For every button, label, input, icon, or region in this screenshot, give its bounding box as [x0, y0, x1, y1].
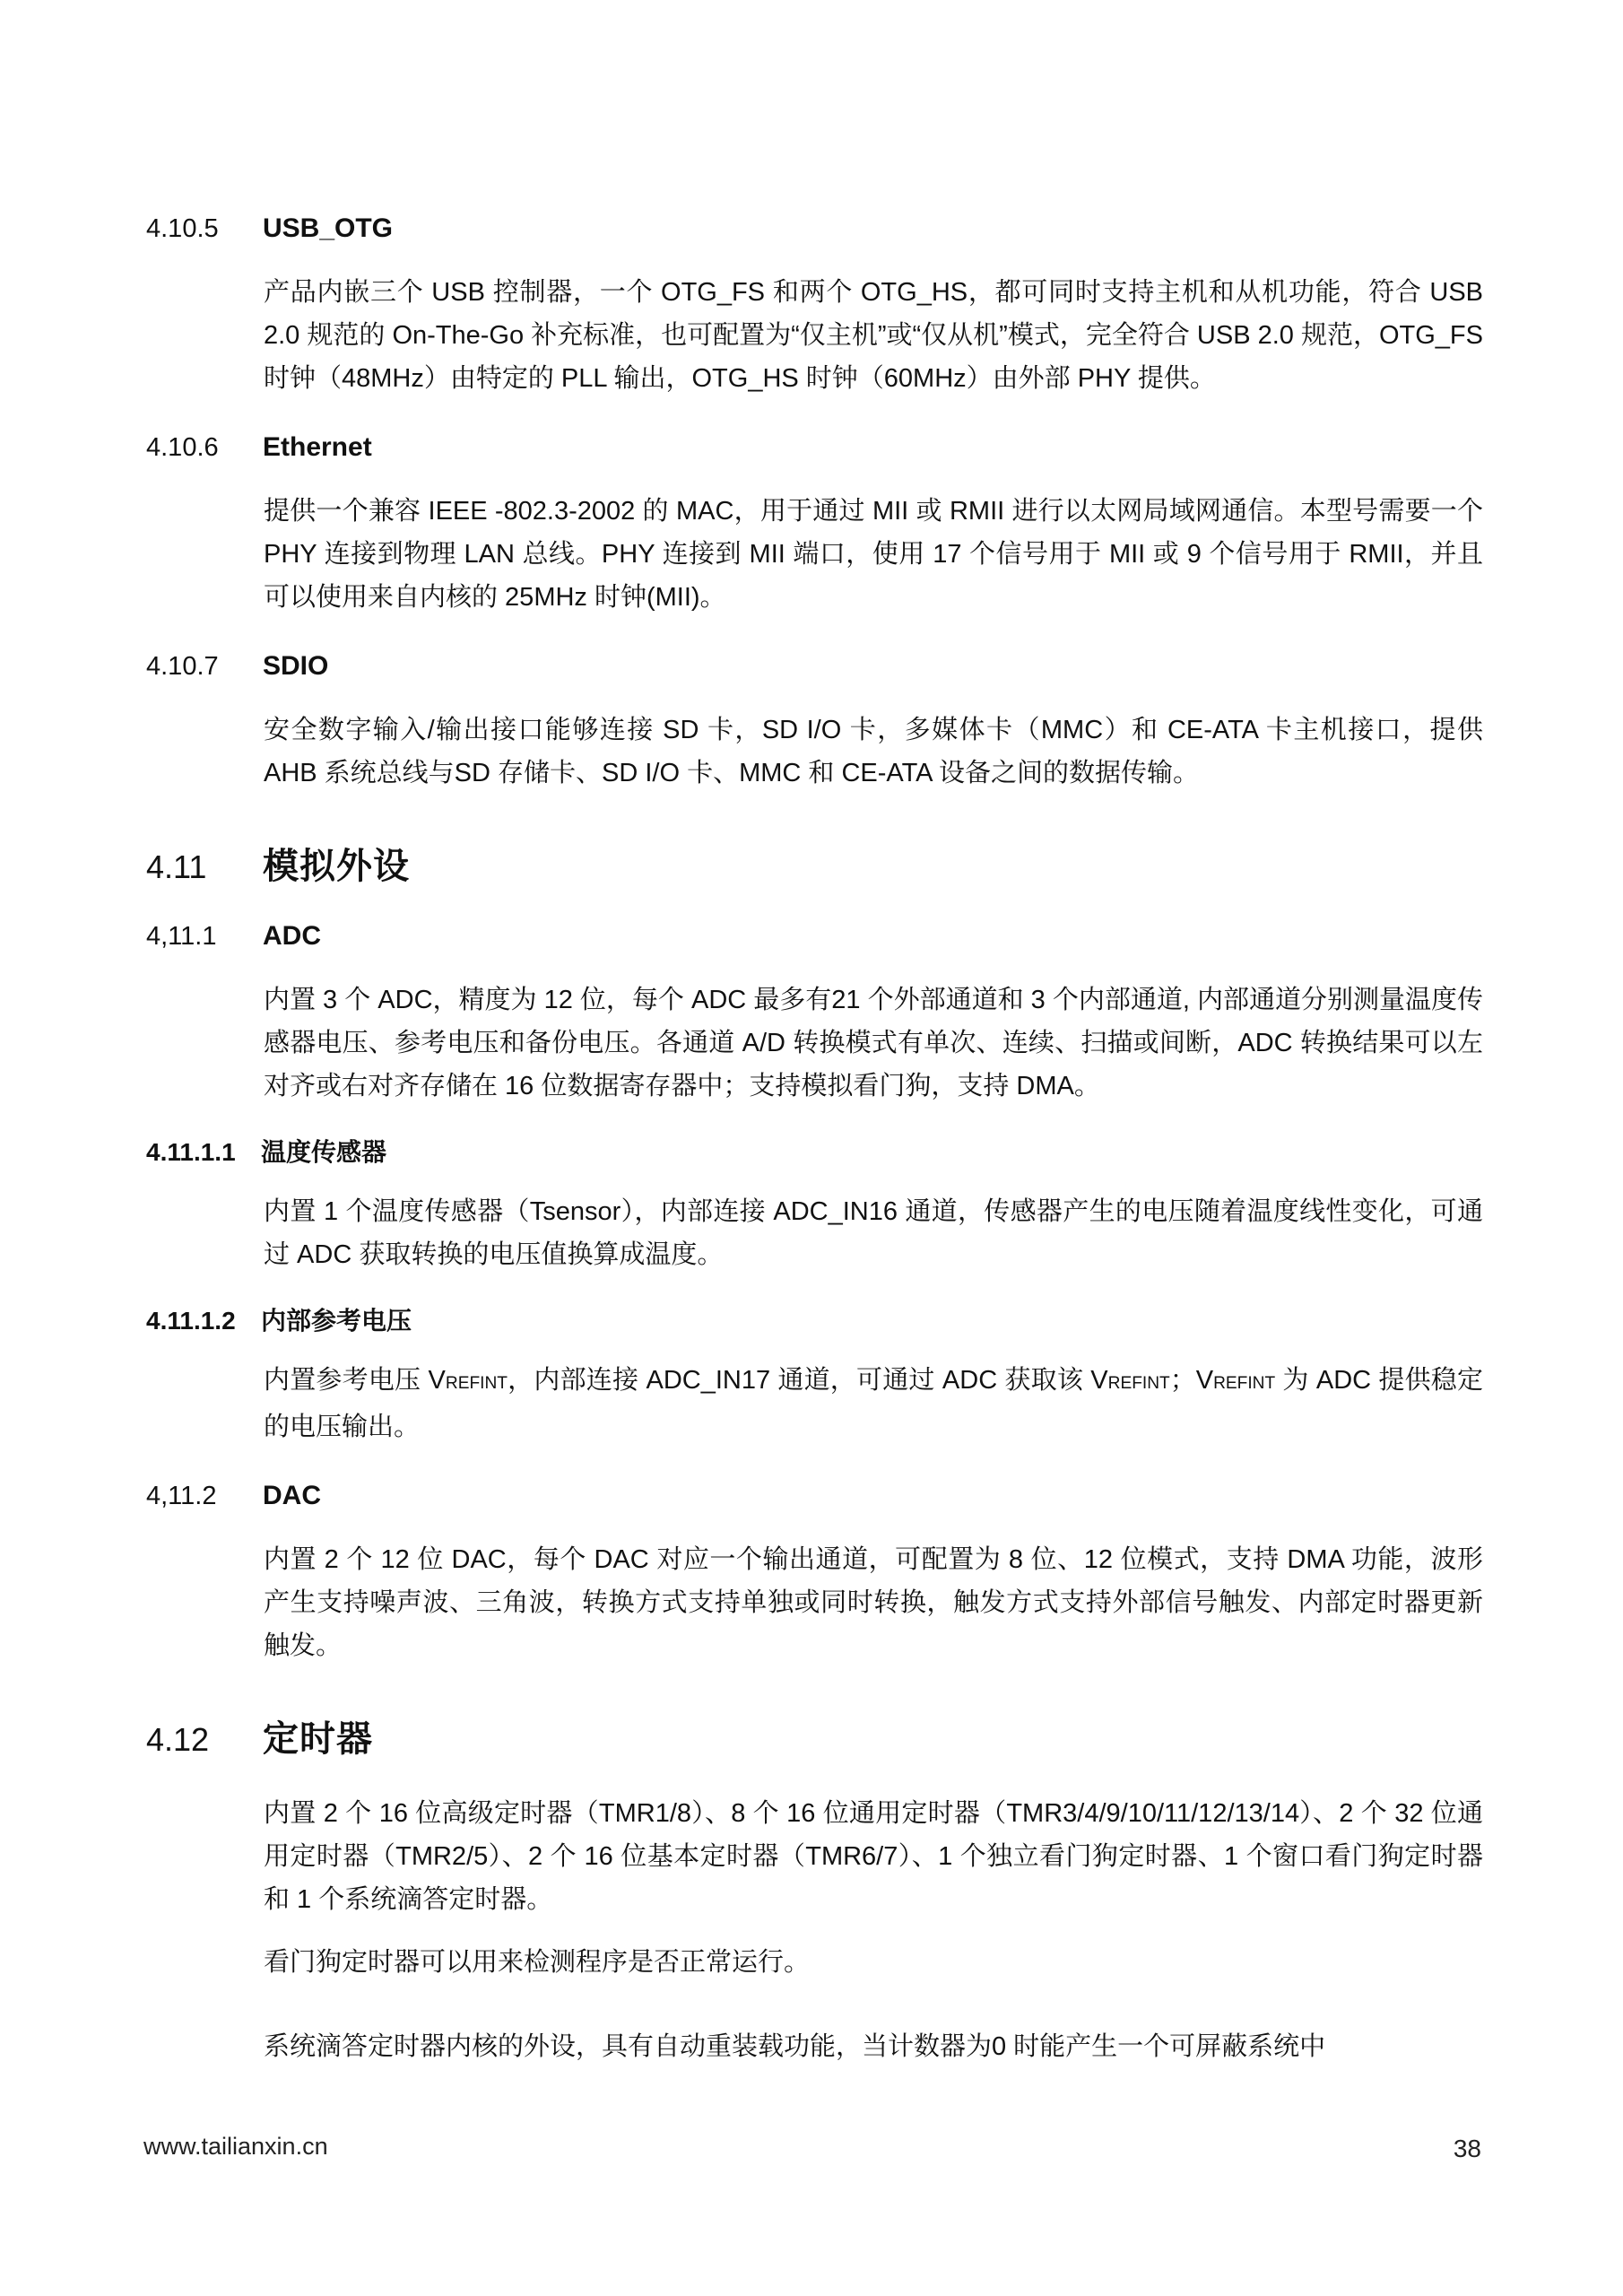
- heading-title: SDIO: [263, 651, 328, 682]
- paragraph-systick: 系统滴答定时器内核的外设，具有自动重装载功能，当计数器为0 时能产生一个可屏蔽系…: [264, 2025, 1483, 2068]
- paragraph-usb-otg: 产品内嵌三个 USB 控制器，一个 OTG_FS 和两个 OTG_HS，都可同时…: [264, 271, 1483, 400]
- heading-sdio: 4.10.7 SDIO: [146, 651, 1623, 682]
- heading-title: Ethernet: [263, 432, 372, 463]
- heading-timers: 4.12 定时器: [146, 1710, 1623, 1761]
- heading-title: 内部参考电压: [261, 1301, 412, 1337]
- heading-number: 4.11.1.2: [146, 1307, 261, 1335]
- heading-number: 4.12: [146, 1721, 263, 1759]
- heading-number: 4.10.5: [146, 214, 263, 244]
- heading-internal-vref: 4.11.1.2 内部参考电压: [146, 1301, 1623, 1337]
- heading-title: 定时器: [263, 1710, 373, 1761]
- heading-number: 4,11.1: [146, 922, 263, 952]
- paragraph-adc: 内置 3 个 ADC，精度为 12 位，每个 ADC 最多有21 个外部通道和 …: [264, 978, 1483, 1108]
- heading-number: 4.10.7: [146, 652, 263, 682]
- heading-title: 模拟外设: [263, 838, 410, 889]
- heading-title: 温度传感器: [261, 1133, 386, 1169]
- heading-ethernet: 4.10.6 Ethernet: [146, 432, 1623, 463]
- heading-number: 4,11.2: [146, 1482, 263, 1511]
- paragraph-temperature-sensor: 内置 1 个温度传感器（Tsensor），内部连接 ADC_IN16 通道，传感…: [264, 1190, 1483, 1276]
- heading-adc: 4,11.1 ADC: [146, 921, 1623, 952]
- paragraph-dac: 内置 2 个 12 位 DAC，每个 DAC 对应一个输出通道，可配置为 8 位…: [264, 1538, 1483, 1667]
- heading-title: USB_OTG: [263, 213, 393, 244]
- paragraph-watchdog: 看门狗定时器可以用来检测程序是否正常运行。: [264, 1941, 1483, 1984]
- paragraph-timers-overview: 内置 2 个 16 位高级定时器（TMR1/8）、8 个 16 位通用定时器（T…: [264, 1792, 1483, 1921]
- heading-number: 4.11.1.1: [146, 1138, 261, 1167]
- heading-dac: 4,11.2 DAC: [146, 1481, 1623, 1511]
- heading-title: DAC: [263, 1481, 321, 1511]
- footer-page-number: 38: [1454, 2135, 1481, 2163]
- heading-number: 4.10.6: [146, 433, 263, 463]
- paragraph-sdio: 安全数字输入/输出接口能够连接 SD 卡，SD I/O 卡，多媒体卡（MMC）和…: [264, 709, 1483, 795]
- document-page: 4.10.5 USB_OTG 产品内嵌三个 USB 控制器，一个 OTG_FS …: [0, 0, 1623, 2296]
- paragraph-internal-vref: 内置参考电压 VREFINT，内部连接 ADC_IN17 通道，可通过 ADC …: [264, 1359, 1483, 1448]
- footer-site-url: www.tailianxin.cn: [143, 2133, 328, 2161]
- heading-analog-peripherals: 4.11 模拟外设: [146, 838, 1623, 889]
- heading-temperature-sensor: 4.11.1.1 温度传感器: [146, 1133, 1623, 1169]
- heading-usb-otg: 4.10.5 USB_OTG: [146, 213, 1623, 244]
- document-content: 4.10.5 USB_OTG 产品内嵌三个 USB 控制器，一个 OTG_FS …: [0, 0, 1623, 2068]
- heading-title: ADC: [263, 921, 321, 952]
- paragraph-ethernet: 提供一个兼容 IEEE -802.3-2002 的 MAC，用于通过 MII 或…: [264, 490, 1483, 619]
- heading-number: 4.11: [146, 848, 263, 886]
